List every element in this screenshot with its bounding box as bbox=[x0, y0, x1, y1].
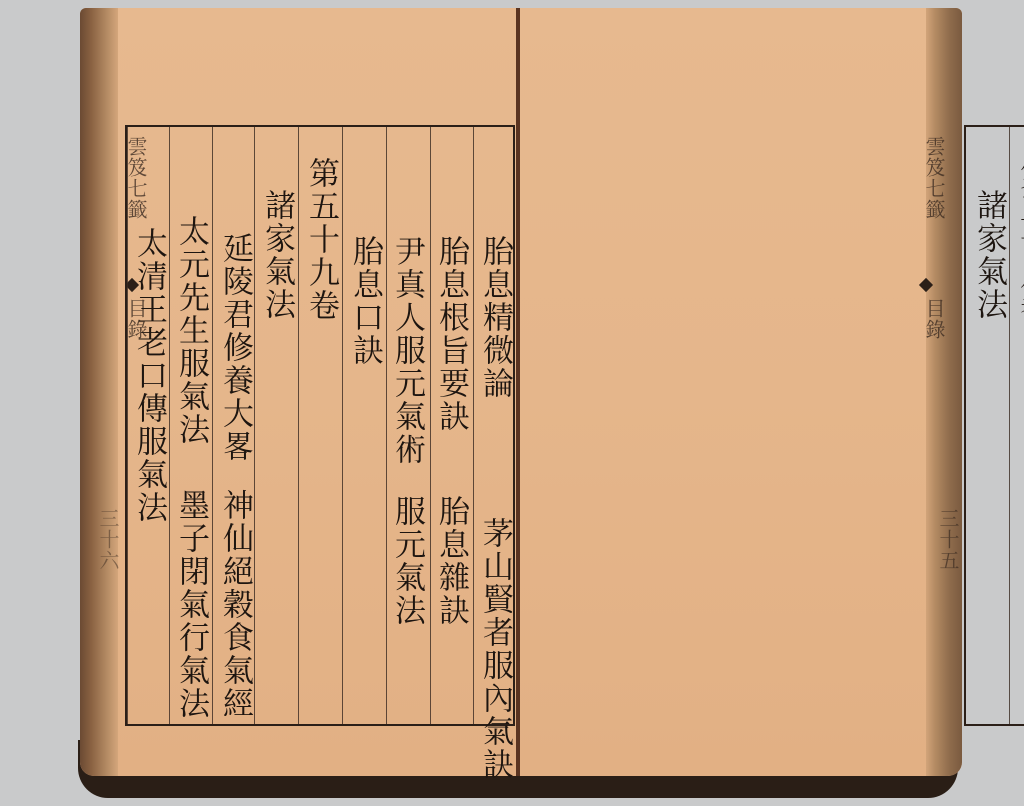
open-book: 雲笈七籤 目錄 三十六 胎息精微論 茅山賢者服內氣訣 胎息根旨要訣 胎息雜訣 尹… bbox=[80, 8, 962, 776]
left-page-number: 三十六 bbox=[94, 508, 123, 571]
right-text-frame: 服氣論第二 太清行氣符 五靈心丹章 服六戊氣法 服三五七九氣法 養五藏五行氣法 … bbox=[964, 125, 1024, 726]
toc-entry: 尹真人服元氣術 bbox=[389, 235, 425, 466]
juan-heading: 第五十八卷 bbox=[1014, 159, 1024, 324]
toc-entry: 胎息根旨要訣 bbox=[433, 235, 469, 433]
toc-entry: 茅山賢者服內氣訣 bbox=[477, 517, 513, 781]
book-spine bbox=[516, 8, 520, 776]
right-page-edge bbox=[926, 8, 962, 776]
toc-entry: 胎息口訣 bbox=[347, 235, 383, 367]
toc-entry: 神仙絕穀食氣經 bbox=[217, 489, 253, 720]
left-page-edge bbox=[80, 8, 118, 776]
toc-entry: 胎息精微論 bbox=[477, 235, 513, 400]
toc-entry: 墨子閉氣行氣法 bbox=[173, 489, 209, 720]
right-page: 雲笈七籤 目錄 三十五 服氣論第二 太清行氣符 五靈心丹章 服六戊氣法 服三五七… bbox=[518, 8, 962, 776]
right-section-label: 目錄 bbox=[920, 298, 949, 340]
toc-entry: 太清王老口傳服氣法 bbox=[131, 227, 167, 524]
right-page-number: 三十五 bbox=[934, 508, 963, 571]
left-text-frame: 胎息精微論 茅山賢者服內氣訣 胎息根旨要訣 胎息雜訣 尹真人服元氣術 服元氣法 … bbox=[125, 125, 515, 726]
toc-entry: 諸家氣法 bbox=[971, 189, 1007, 321]
toc-entry: 服元氣法 bbox=[389, 495, 425, 627]
toc-entry: 諸家氣法 bbox=[259, 189, 295, 321]
right-running-title: 雲笈七籤 bbox=[920, 136, 949, 220]
toc-entry: 太元先生服氣法 bbox=[173, 215, 209, 446]
left-page: 雲笈七籤 目錄 三十六 胎息精微論 茅山賢者服內氣訣 胎息根旨要訣 胎息雜訣 尹… bbox=[80, 8, 518, 776]
toc-entry: 胎息雜訣 bbox=[433, 495, 469, 627]
juan-heading: 第五十九卷 bbox=[303, 157, 339, 322]
toc-entry: 延陵君修養大畧 bbox=[217, 232, 253, 463]
